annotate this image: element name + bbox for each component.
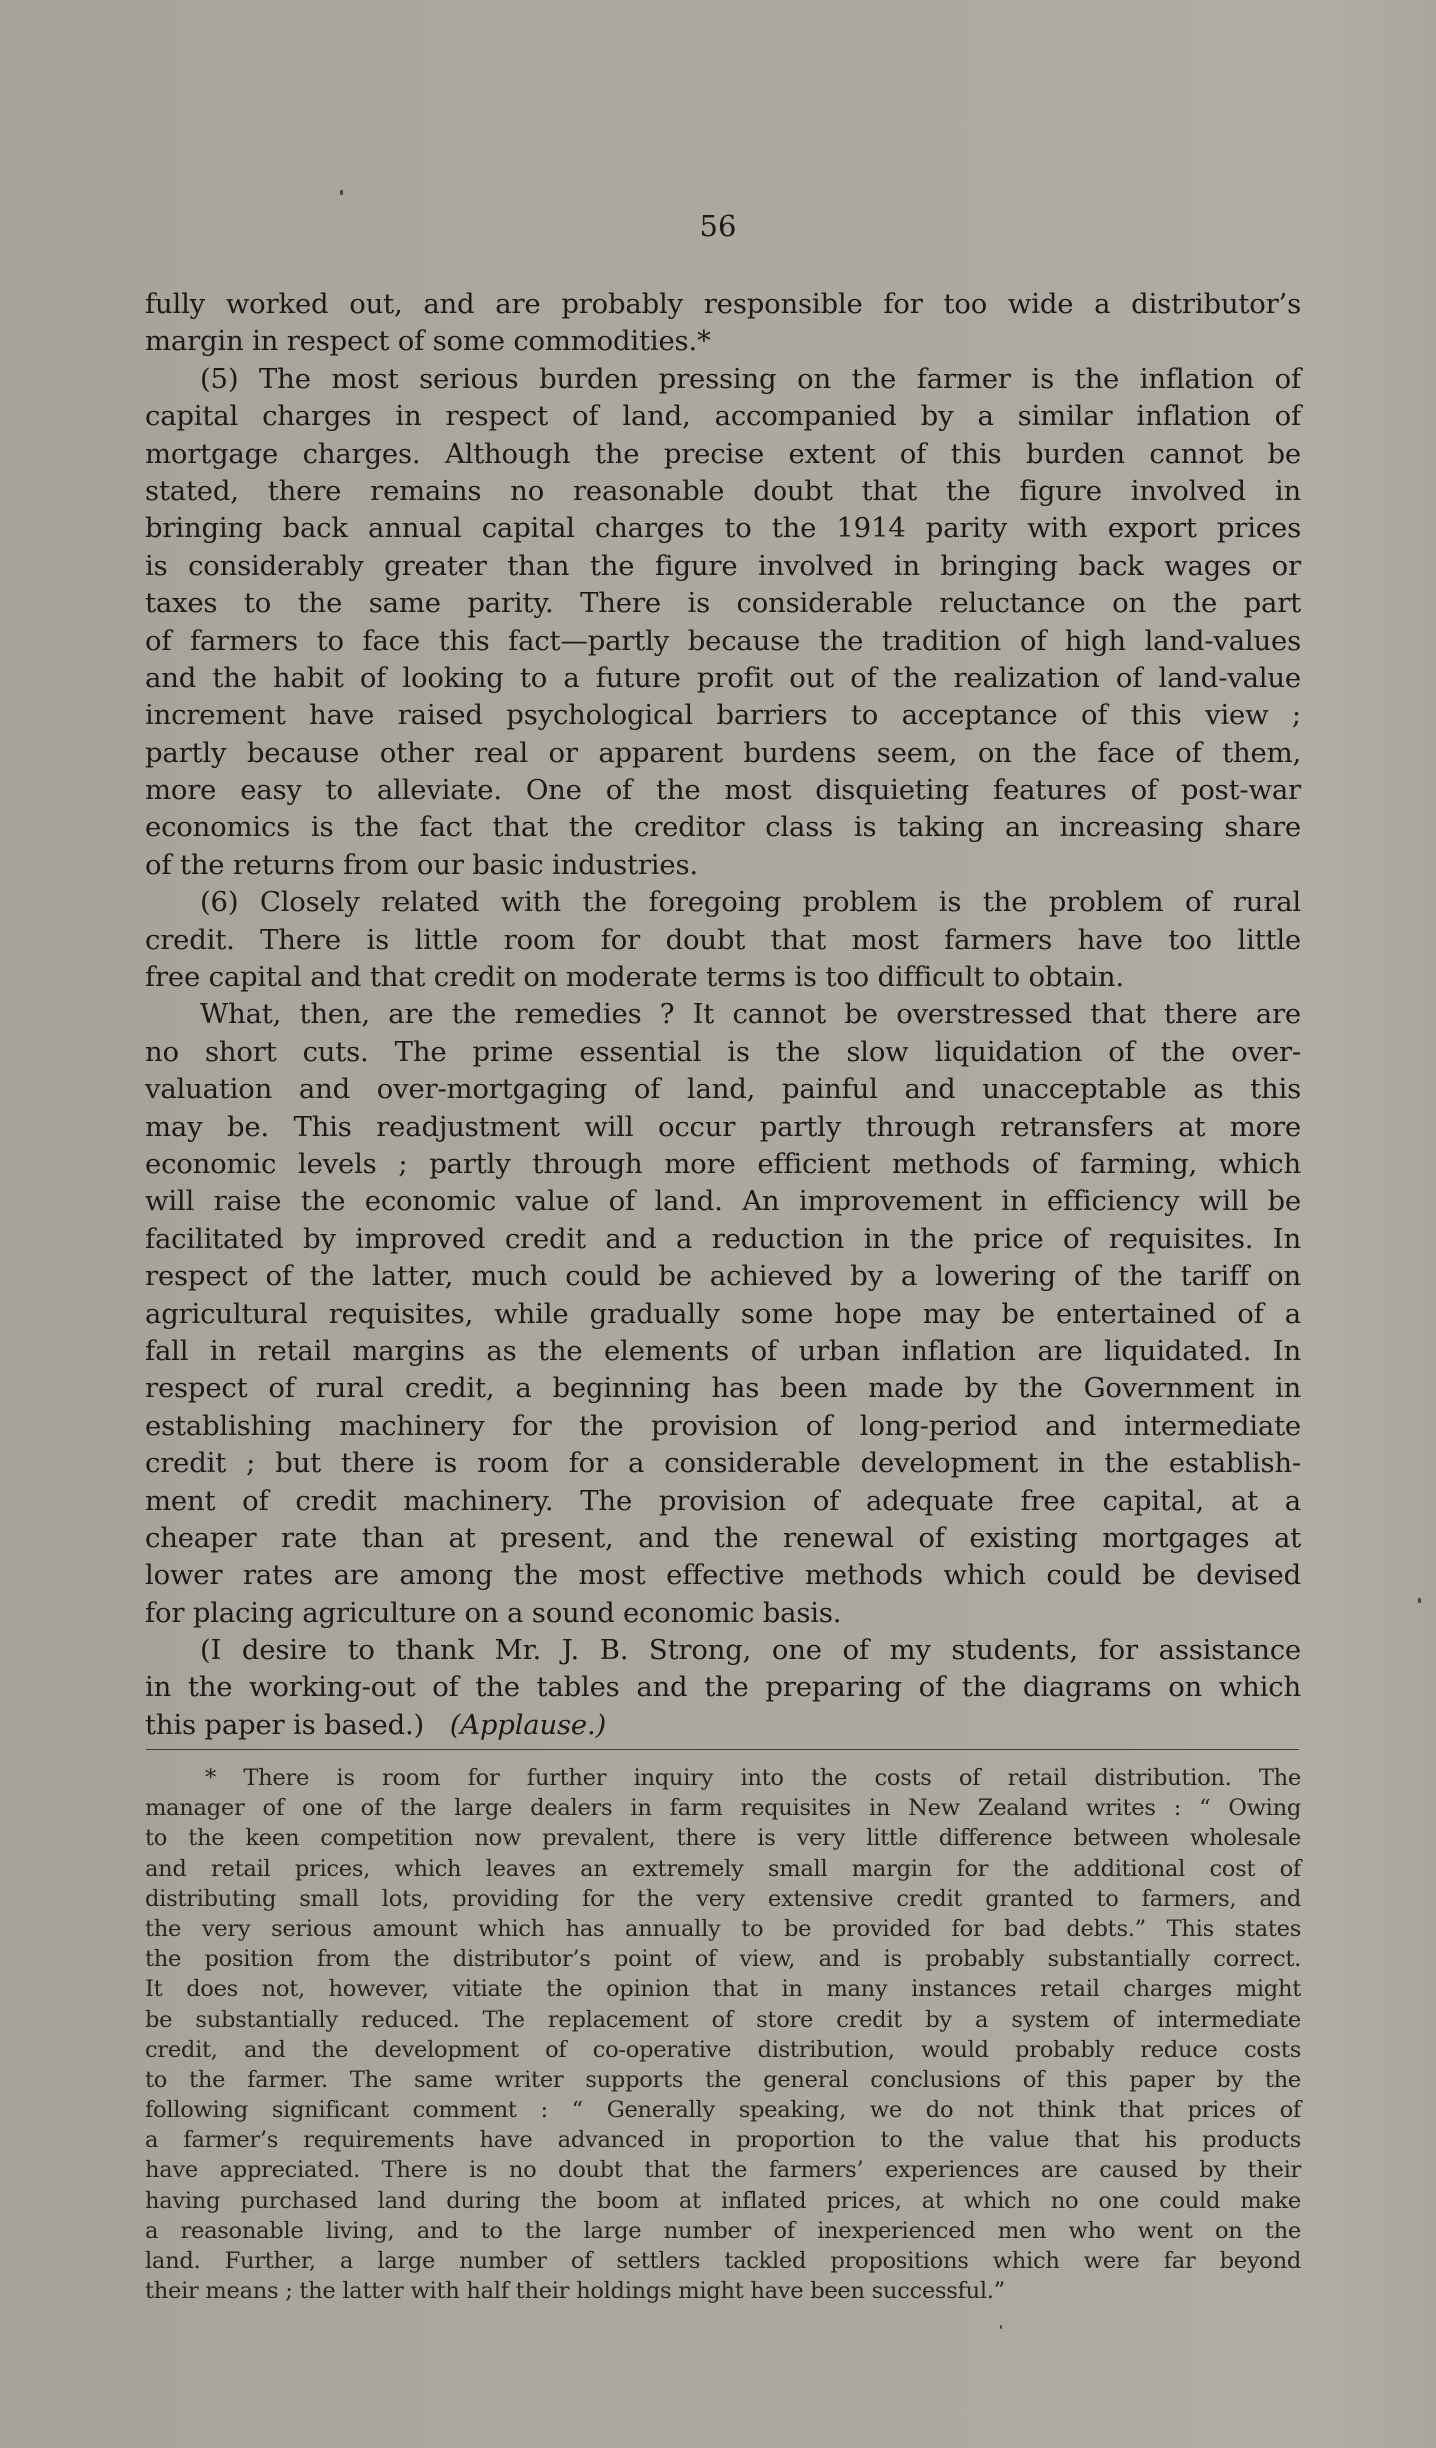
text-line: taxes to the same parity. There is consi… [145, 585, 1301, 622]
footnote-line: have appreciated. There is no doubt that… [145, 2155, 1301, 2185]
text-line: increment have raised psychological barr… [145, 697, 1301, 734]
text-line: stated, there remains no reasonable doub… [145, 473, 1301, 510]
text-line: partly because other real or apparent bu… [145, 735, 1301, 772]
text-line: cheaper rate than at present, and the re… [145, 1520, 1301, 1557]
text-line: credit ; but there is room for a conside… [145, 1445, 1301, 1482]
footnote-line: credit, and the development of co-operat… [145, 2035, 1301, 2065]
text-line: is considerably greater than the figure … [145, 548, 1301, 585]
footnote: * There is room for further inquiry into… [145, 1763, 1301, 2306]
text-line: fall in retail margins as the elements o… [145, 1333, 1301, 1370]
page-number: 56 [0, 208, 1436, 244]
text-line: more easy to alleviate. One of the most … [145, 772, 1301, 809]
text-line: economics is the fact that the creditor … [145, 809, 1301, 846]
paper-speck [340, 190, 343, 195]
footnote-line: and retail prices, which leaves an extre… [145, 1854, 1301, 1884]
paper-speck [1418, 1598, 1421, 1603]
footnote-divider [146, 1749, 1299, 1750]
text-line: respect of the latter, much could be ach… [145, 1258, 1301, 1295]
text-line: of the returns from our basic industries… [145, 847, 1301, 884]
footnote-line: the position from the distributor’s poin… [145, 1944, 1301, 1974]
text-line: facilitated by improved credit and a red… [145, 1221, 1301, 1258]
text-line: fully worked out, and are probably respo… [145, 286, 1301, 323]
footnote-line: following significant comment : “ Genera… [145, 2095, 1301, 2125]
acknowledgement-start: (I desire to thank Mr. J. B. Strong, one… [145, 1632, 1301, 1669]
footnote-line: to the keen competition now prevalent, t… [145, 1823, 1301, 1853]
paragraph-remedies-start: What, then, are the remedies ? It cannot… [145, 996, 1301, 1033]
footnote-line: manager of one of the large dealers in f… [145, 1793, 1301, 1823]
text-line: lower rates are among the most effective… [145, 1557, 1301, 1594]
footnote-line: to the farmer. The same writer supports … [145, 2065, 1301, 2095]
footnote-line: It does not, however, vitiate the opinio… [145, 1974, 1301, 2004]
text-line: credit. There is little room for doubt t… [145, 922, 1301, 959]
footnote-line: having purchased land during the boom at… [145, 2186, 1301, 2216]
text-line: of farmers to face this fact—partly beca… [145, 623, 1301, 660]
text-line: for placing agriculture on a sound econo… [145, 1595, 1301, 1632]
text-line: establishing machinery for the provision… [145, 1408, 1301, 1445]
acknowledgement-end: this paper is based.) (Applause.) [145, 1707, 1301, 1744]
text-line: in the working-out of the tables and the… [145, 1669, 1301, 1706]
text-line: valuation and over-mortgaging of land, p… [145, 1071, 1301, 1108]
text-line: capital charges in respect of land, acco… [145, 398, 1301, 435]
footnote-line: a farmer’s requirements have advanced in… [145, 2125, 1301, 2155]
footnote-line: their means ; the latter with half their… [145, 2276, 1301, 2306]
text-line: may be. This readjustment will occur par… [145, 1109, 1301, 1146]
text-fragment: this paper is based.) [145, 1709, 424, 1741]
text-line: ment of credit machinery. The provision … [145, 1483, 1301, 1520]
text-line: respect of rural credit, a beginning has… [145, 1370, 1301, 1407]
footnote-line: the very serious amount which has annual… [145, 1914, 1301, 1944]
text-line: will raise the economic value of land. A… [145, 1183, 1301, 1220]
text-line: margin in respect of some commodities.* [145, 323, 1301, 360]
paragraph-5-start: (5) The most serious burden pressing on … [145, 361, 1301, 398]
paragraph-6-start: (6) Closely related with the foregoing p… [145, 884, 1301, 921]
text-line: free capital and that credit on moderate… [145, 959, 1301, 996]
text-line: no short cuts. The prime essential is th… [145, 1034, 1301, 1071]
text-line: economic levels ; partly through more ef… [145, 1146, 1301, 1183]
footnote-line: * There is room for further inquiry into… [145, 1763, 1301, 1793]
footnote-line: be substantially reduced. The replacemen… [145, 2005, 1301, 2035]
footnote-line: distributing small lots, providing for t… [145, 1884, 1301, 1914]
footnote-line: a reasonable living, and to the large nu… [145, 2216, 1301, 2246]
text-line: bringing back annual capital charges to … [145, 510, 1301, 547]
body-text: fully worked out, and are probably respo… [145, 286, 1301, 1744]
text-line: and the habit of looking to a future pro… [145, 660, 1301, 697]
footnote-line: land. Further, a large number of settler… [145, 2246, 1301, 2276]
paper-speck [1000, 2325, 1002, 2329]
text-line: mortgage charges. Although the precise e… [145, 436, 1301, 473]
text-line: agricultural requisites, while gradually… [145, 1296, 1301, 1333]
applause-note: (Applause.) [450, 1709, 606, 1741]
